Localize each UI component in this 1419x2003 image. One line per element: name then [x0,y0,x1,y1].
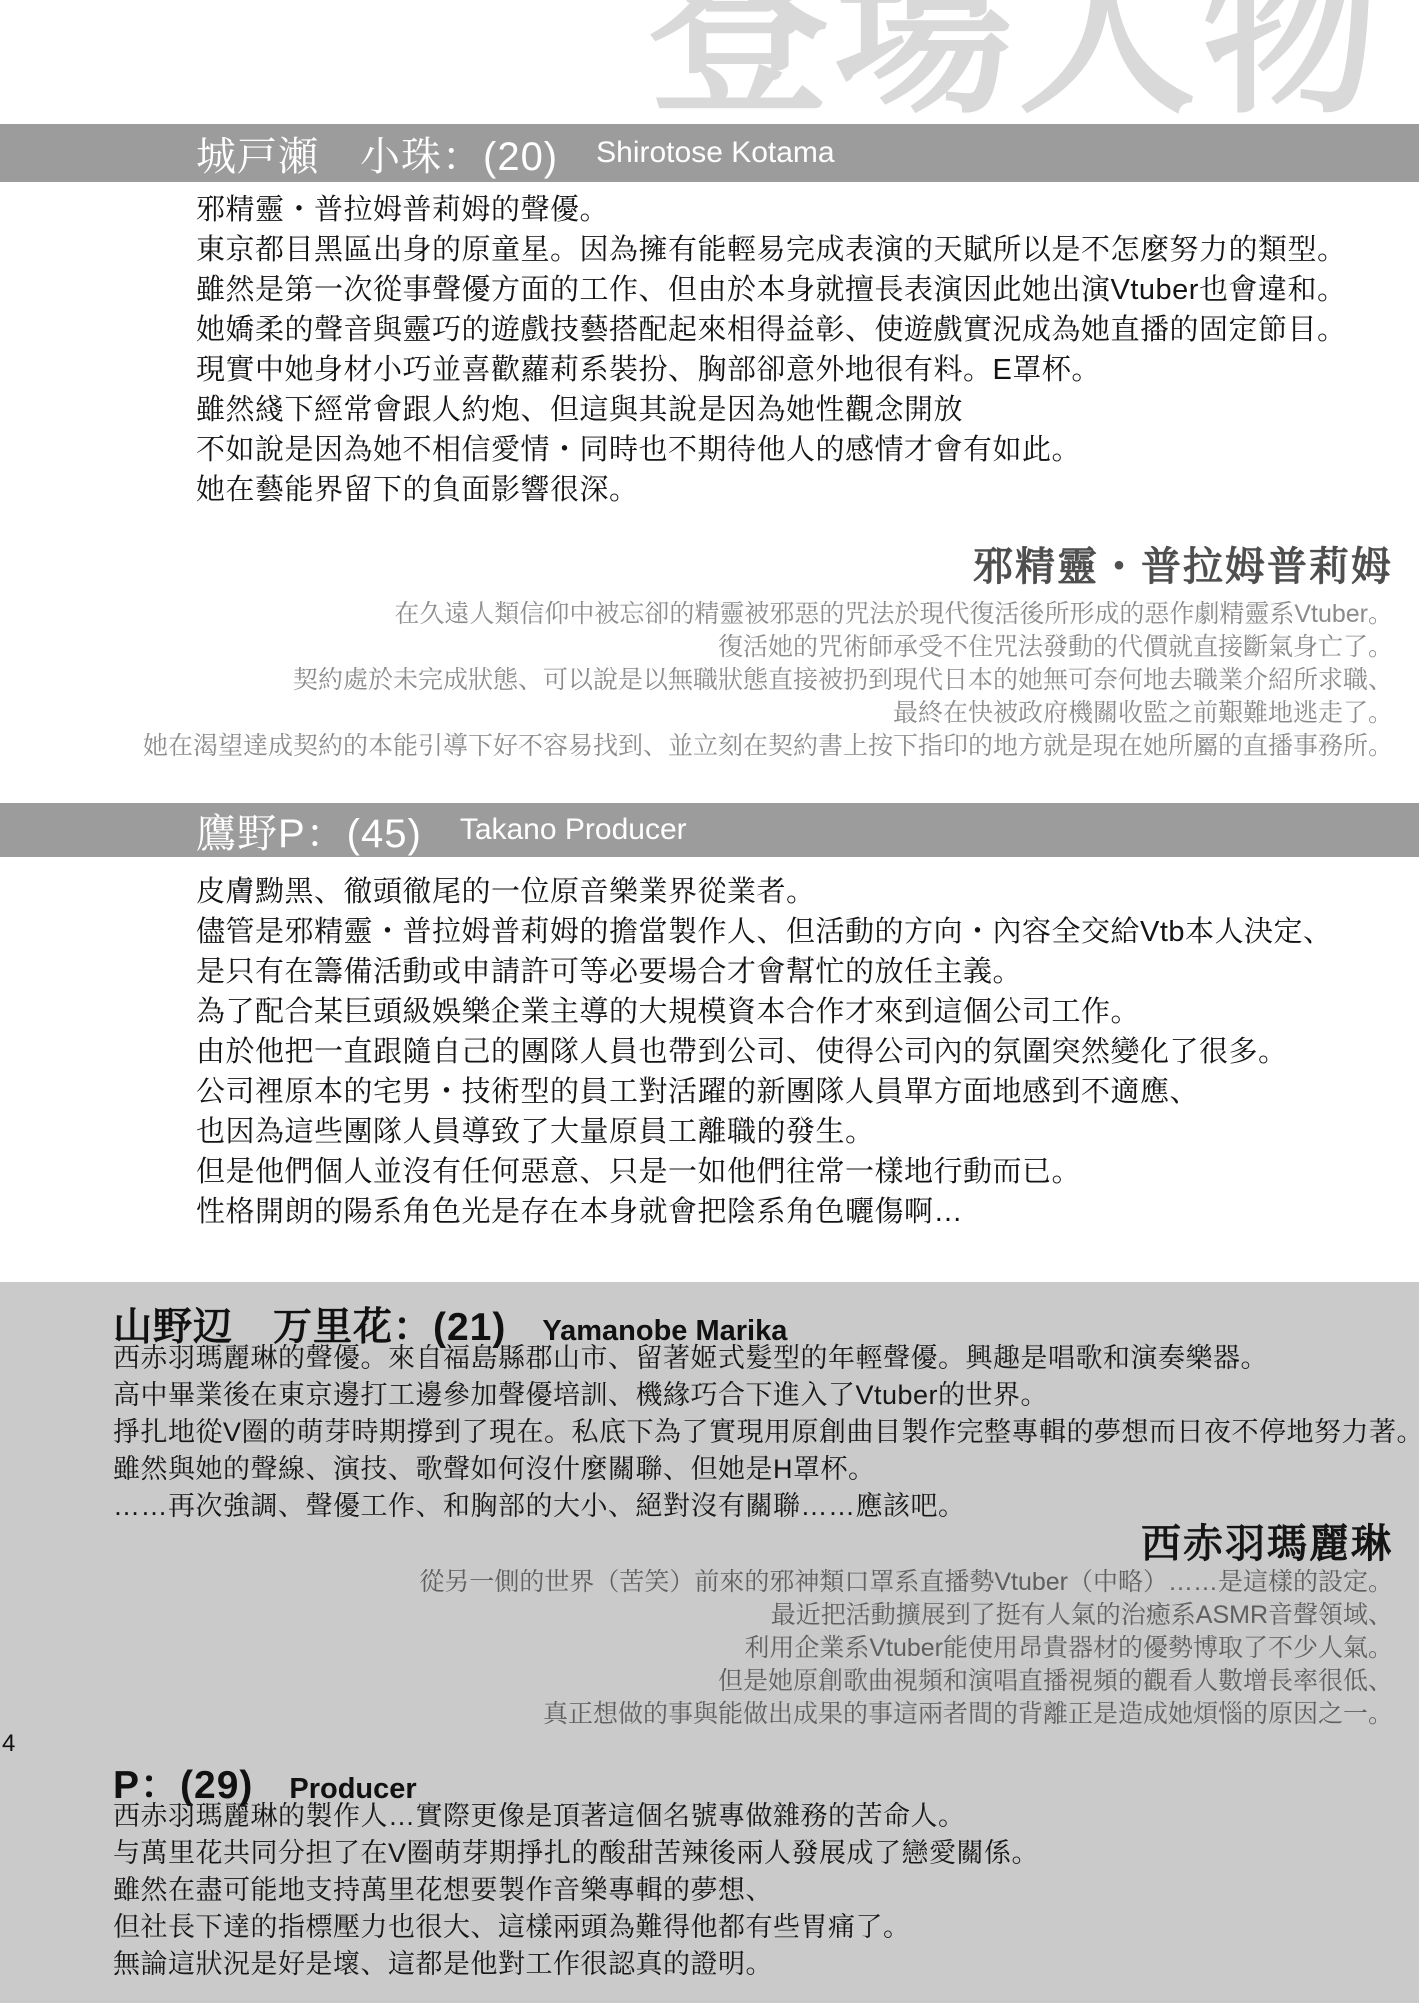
character-name: 鷹野P：(45) [196,802,422,859]
bio-line: 最近把活動擴展到了挺有人氣的治癒系ASMR音聲領域、 [419,1599,1393,1632]
character-intro-page: 登場人物 城戸瀬 小珠：(20) Shirotose Kotama 邪精靈・普拉… [0,0,1419,2003]
bio-line: 西赤羽瑪麗琳的聲優。來自福島縣郡山市、留著姬式髮型的年輕聲優。興趣是唱歌和演奏樂… [113,1340,1419,1377]
bio-line: 掙扎地從V圈的萌芽時期撐到了現在。私底下為了實現用原創曲目製作完整專輯的夢想而日… [113,1414,1419,1451]
characters-title-watermark: 登場人物 [650,0,1386,124]
bio-line: 但社長下達的指標壓力也很大、這樣兩頭為難得他都有些胃痛了。 [113,1909,1039,1946]
bio-line: 利用企業系Vtuber能使用昂貴器材的優勢博取了不少人氣。 [419,1632,1393,1665]
bio-line: 雖然是第一次從事聲優方面的工作、但由於本身就擅長表演因此她出演Vtuber也會違… [196,270,1347,310]
marilyn-bio: 從另一側的世界（苦笑）前來的邪神類口罩系直播勢Vtuber（中略）……是這樣的設… [419,1566,1393,1731]
character-banner-takano: 鷹野P：(45) Takano Producer [0,803,1419,857]
character-banner-shirotose: 城戸瀬 小珠：(20) Shirotose Kotama [0,124,1419,182]
character-name-romaji: Takano Producer [460,813,687,847]
bio-line: 從另一側的世界（苦笑）前來的邪神類口罩系直播勢Vtuber（中略）……是這樣的設… [419,1566,1393,1599]
purimupurimu-bio: 在久遠人類信仰中被忘卻的精靈被邪惡的咒法於現代復活後所形成的惡作劇精靈系Vtub… [143,598,1393,763]
bio-line: 無論這狀況是好是壞、這都是他對工作很認真的證明。 [113,1946,1039,1983]
bio-line: 高中畢業後在東京邊打工邊參加聲優培訓、機緣巧合下進入了Vtuber的世界。 [113,1377,1419,1414]
bio-line: 公司裡原本的宅男・技術型的員工對活躍的新團隊人員單方面地感到不適應、 [196,1072,1333,1112]
page-number: 4 [2,1730,15,1758]
bio-line: 東京都目黑區出身的原童星。因為擁有能輕易完成表演的天賦所以是不怎麼努力的類型。 [196,230,1347,270]
bio-line: 契約處於未完成狀態、可以說是以無職狀態直接被扔到現代日本的她無可奈何地去職業介紹… [143,664,1393,697]
bio-line: ……再次強調、聲優工作、和胸部的大小、絕對沒有關聯……應該吧。 [113,1488,1419,1525]
bio-line: 也因為這些團隊人員導致了大量原員工離職的發生。 [196,1112,1333,1152]
bio-line: 邪精靈・普拉姆普莉姆的聲優。 [196,190,1347,230]
bio-line: 為了配合某巨頭級娛樂企業主導的大規模資本合作才來到這個公司工作。 [196,992,1333,1032]
takano-bio: 皮膚黝黑、徹頭徹尾的一位原音樂業界從業者。 儘管是邪精靈・普拉姆普莉姆的擔當製作… [196,872,1333,1232]
bio-line: 皮膚黝黑、徹頭徹尾的一位原音樂業界從業者。 [196,872,1333,912]
bio-line: 不如說是因為她不相信愛情・同時也不期待他人的感情才會有如此。 [196,430,1347,470]
bio-line: 現實中她身材小巧並喜歡蘿莉系裝扮、胸部卻意外地很有料。E罩杯。 [196,350,1347,390]
bio-line: 由於他把一直跟隨自己的團隊人員也帶到公司、使得公司內的氛圍突然變化了很多。 [196,1032,1333,1072]
bio-line: 真正想做的事與能做出成果的事這兩者間的背離正是造成她煩惱的原因之一。 [419,1698,1393,1731]
bio-line: 但是她原創歌曲視頻和演唱直播視頻的觀看人數增長率很低、 [419,1665,1393,1698]
bio-line: 她在渴望達成契約的本能引導下好不容易找到、並立刻在契約書上按下指印的地方就是現在… [143,730,1393,763]
bio-line: 与萬里花共同分担了在V圈萌芽期掙扎的酸甜苦辣後兩人發展成了戀愛關係。 [113,1835,1039,1872]
bio-line: 她嬌柔的聲音與靈巧的遊戲技藝搭配起來相得益彰、使遊戲實況成為她直播的固定節目。 [196,310,1347,350]
vtuber-persona-name-marilyn: 西赤羽瑪麗琳 [1141,1522,1393,1566]
character-name-romaji: Shirotose Kotama [596,136,834,170]
producer-bio: 西赤羽瑪麗琳的製作人…實際更像是頂著這個名號專做雜務的苦命人。 与萬里花共同分担… [113,1798,1039,1983]
bio-line: 西赤羽瑪麗琳的製作人…實際更像是頂著這個名號專做雜務的苦命人。 [113,1798,1039,1835]
shirotose-bio: 邪精靈・普拉姆普莉姆的聲優。 東京都目黑區出身的原童星。因為擁有能輕易完成表演的… [196,190,1347,510]
bio-line: 她在藝能界留下的負面影響很深。 [196,470,1347,510]
bio-line: 最終在快被政府機關收監之前艱難地逃走了。 [143,697,1393,730]
yamanobe-bio: 西赤羽瑪麗琳的聲優。來自福島縣郡山市、留著姬式髮型的年輕聲優。興趣是唱歌和演奏樂… [113,1340,1419,1525]
vtuber-persona-name-purimupurimu: 邪精靈・普拉姆普莉姆 [973,545,1393,589]
bio-line: 雖然與她的聲線、演技、歌聲如何沒什麼關聯、但她是H罩杯。 [113,1451,1419,1488]
bio-line: 儘管是邪精靈・普拉姆普莉姆的擔當製作人、但活動的方向・內容全交給Vtb本人決定、 [196,912,1333,952]
character-name: 城戸瀬 小珠：(20) [196,125,558,182]
bio-line: 是只有在籌備活動或申請許可等必要場合才會幫忙的放任主義。 [196,952,1333,992]
bio-line: 雖然綫下經常會跟人約炮、但這與其說是因為她性觀念開放 [196,390,1347,430]
bio-line: 雖然在盡可能地支持萬里花想要製作音樂專輯的夢想、 [113,1872,1039,1909]
bio-line: 在久遠人類信仰中被忘卻的精靈被邪惡的咒法於現代復活後所形成的惡作劇精靈系Vtub… [143,598,1393,631]
bio-line: 復活她的咒術師承受不住咒法發動的代價就直接斷氣身亡了。 [143,631,1393,664]
bio-line: 但是他們個人並沒有任何惡意、只是一如他們往常一樣地行動而已。 [196,1152,1333,1192]
bio-line: 性格開朗的陽系角色光是存在本身就會把陰系角色曬傷啊… [196,1192,1333,1232]
